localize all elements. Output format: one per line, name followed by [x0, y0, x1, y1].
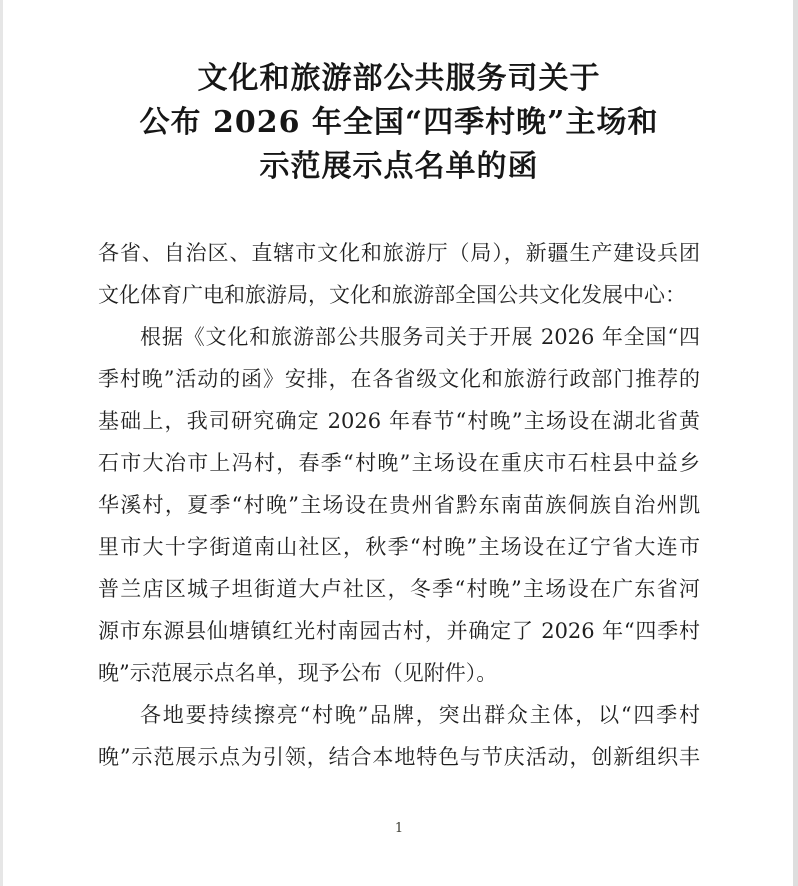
document-title: 文化和旅游部公共服务司关于 公布 2026 年全国“四季村晚”主场和 示范展示点…	[60, 57, 738, 189]
document-title-line-3: 示范展示点名单的函	[60, 145, 738, 189]
salutation-line-1: 各省、自治区、直辖市文化和旅游厅（局），新疆生产建设兵团	[98, 232, 700, 274]
paragraph-1-line-7: 普兰店区城子坦街道大卢社区，冬季“村晚”主场设在广东省河	[98, 568, 700, 610]
document-page: 文化和旅游部公共服务司关于 公布 2026 年全国“四季村晚”主场和 示范展示点…	[0, 0, 798, 886]
document-title-line-1: 文化和旅游部公共服务司关于	[60, 57, 738, 101]
document-body: 各省、自治区、直辖市文化和旅游厅（局），新疆生产建设兵团 文化体育广电和旅游局，…	[98, 232, 700, 778]
paragraph-1-line-1: 根据《文化和旅游部公共服务司关于开展 2026 年全国“四	[98, 316, 700, 358]
page-right-edge-shadow	[793, 0, 798, 886]
paragraph-1-line-4: 石市大冶市上冯村，春季“村晚”主场设在重庆市石柱县中益乡	[98, 442, 700, 484]
paragraph-2-line-2: 晚”示范展示点为引领，结合本地特色与节庆活动，创新组织丰	[98, 736, 700, 778]
page-left-edge-shadow	[0, 0, 3, 886]
paragraph-1-line-9: 晚”示范展示点名单，现予公布（见附件）。	[98, 652, 700, 694]
paragraph-1-line-8: 源市东源县仙塘镇红光村南园古村，并确定了 2026 年“四季村	[98, 610, 700, 652]
document-title-line-2: 公布 2026 年全国“四季村晚”主场和	[60, 101, 738, 145]
paragraph-1-line-2: 季村晚”活动的函》安排，在各省级文化和旅游行政部门推荐的	[98, 358, 700, 400]
salutation-line-2: 文化体育广电和旅游局，文化和旅游部全国公共文化发展中心：	[98, 274, 700, 316]
page-number: 1	[0, 820, 798, 838]
paragraph-2-line-1: 各地要持续擦亮“村晚”品牌，突出群众主体，以“四季村	[98, 694, 700, 736]
paragraph-1-line-6: 里市大十字街道南山社区，秋季“村晚”主场设在辽宁省大连市	[98, 526, 700, 568]
paragraph-1-line-5: 华溪村，夏季“村晚”主场设在贵州省黔东南苗族侗族自治州凯	[98, 484, 700, 526]
paragraph-1-line-3: 基础上，我司研究确定 2026 年春节“村晚”主场设在湖北省黄	[98, 400, 700, 442]
